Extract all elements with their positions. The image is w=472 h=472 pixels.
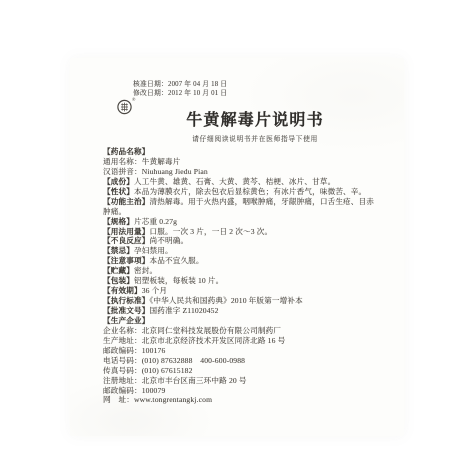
section-label: 【批准文号】 xyxy=(103,306,149,315)
section-label: 【有效期】 xyxy=(103,286,142,295)
body-line: 【性状】本品为薄膜衣片，除去包衣后显棕黄色；有冰片香气，味微苦、辛。 xyxy=(103,187,383,197)
body-line: 【药品名称】 xyxy=(103,147,383,157)
title-block: 牛黄解毒片说明书 请仔细阅读说明书并在医师指导下使用 xyxy=(103,111,407,143)
body-line: 生产地址：北京市北京经济技术开发区同济北路 16 号 xyxy=(103,336,383,346)
section-text: 国药准字 Z11020452 xyxy=(149,306,218,315)
section-label: 【规格】 xyxy=(103,217,134,226)
body-line: 【不良反应】尚不明确。 xyxy=(103,236,383,246)
section-text: 邮政编码：100079 xyxy=(103,386,165,395)
section-text: 铝塑板装，每板装 10 片。 xyxy=(134,276,223,285)
photo-stage: 核准日期：2007 年 04 月 18 日 修改日期：2012 年 10 月 0… xyxy=(0,0,472,472)
section-text: 本品为薄膜衣片，除去包衣后显棕黄色；有冰片香气，味微苦、辛。 xyxy=(134,187,366,196)
body-line: 【生产企业】 xyxy=(103,316,383,326)
date-block: 核准日期：2007 年 04 月 18 日 修改日期：2012 年 10 月 0… xyxy=(133,80,227,98)
section-text: 密封。 xyxy=(134,266,157,275)
body-line: 肿痛。 xyxy=(103,207,383,217)
section-label: 【生产企业】 xyxy=(103,316,149,325)
body-line: 【规格】片芯重 0.27g xyxy=(103,217,383,227)
body-line: 传真号码：(010) 67615182 xyxy=(103,366,383,376)
body-line: 【执行标准】《中华人民共和国药典》2010 年版第一增补本 xyxy=(103,296,383,306)
section-text: 片芯重 0.27g xyxy=(134,217,177,226)
body-line: 【有效期】36 个月 xyxy=(103,286,383,296)
leaflet-paper: 核准日期：2007 年 04 月 18 日 修改日期：2012 年 10 月 0… xyxy=(70,58,404,436)
body-line: 【禁忌】孕妇禁用。 xyxy=(103,246,383,256)
section-label: 【包装】 xyxy=(103,276,134,285)
section-label: 【药品名称】 xyxy=(103,147,149,156)
section-label: 【用法用量】 xyxy=(103,227,149,236)
section-text: 邮政编码：100176 xyxy=(103,346,165,355)
body-line: 【批准文号】国药准字 Z11020452 xyxy=(103,306,383,316)
section-text: 肿痛。 xyxy=(103,207,126,216)
body-line: 网 址：www.tongrentangkj.com xyxy=(103,395,383,405)
section-text: 网 址：www.tongrentangkj.com xyxy=(103,395,212,404)
section-text: 口服。一次 3 片，一日 2 次～3 次。 xyxy=(149,227,272,236)
section-text: 注册地址：北京市丰台区南三环中路 20 号 xyxy=(103,376,247,385)
section-text: 通用名称：牛黄解毒片 xyxy=(103,157,180,166)
revision-date: 修改日期：2012 年 10 月 01 日 xyxy=(133,89,227,98)
section-label: 【禁忌】 xyxy=(103,246,134,255)
body-line: 邮政编码：100176 xyxy=(103,346,383,356)
section-text: 汉语拼音：Niuhuang Jiedu Pian xyxy=(103,167,208,176)
body-line: 企业名称：北京同仁堂科技发展股份有限公司制药厂 xyxy=(103,326,383,336)
section-label: 【成份】 xyxy=(103,177,134,186)
section-text: 本品不宜久服。 xyxy=(149,256,203,265)
registered-trademark-mark: ® xyxy=(132,97,135,102)
section-text: 清热解毒。用于火热内盛，咽喉肿痛，牙龈肿痛，口舌生疮、目赤 xyxy=(149,197,374,206)
section-label: 【不良反应】 xyxy=(103,236,149,245)
section-text: 生产地址：北京市北京经济技术开发区同济北路 16 号 xyxy=(103,336,285,345)
section-text: 孕妇禁用。 xyxy=(134,246,173,255)
body-line: 通用名称：牛黄解毒片 xyxy=(103,157,383,167)
section-label: 【执行标准】 xyxy=(103,296,149,305)
body-line: 【成份】人工牛黄、雄黄、石膏、大黄、黄芩、桔梗、冰片、甘草。 xyxy=(103,177,383,187)
body-line: 【贮藏】密封。 xyxy=(103,266,383,276)
body-line: 【包装】铝塑板装，每板装 10 片。 xyxy=(103,276,383,286)
body-line: 电话号码：(010) 87632888 400-600-0988 xyxy=(103,356,383,366)
document-subtitle: 请仔细阅读说明书并在医师指导下使用 xyxy=(103,133,407,143)
document-title: 牛黄解毒片说明书 xyxy=(103,111,407,131)
section-text: 企业名称：北京同仁堂科技发展股份有限公司制药厂 xyxy=(103,326,281,335)
section-label: 【注意事项】 xyxy=(103,256,149,265)
body-line: 【功能主治】清热解毒。用于火热内盛，咽喉肿痛，牙龈肿痛，口舌生疮、目赤 xyxy=(103,197,383,207)
section-label: 【贮藏】 xyxy=(103,266,134,275)
approval-date: 核准日期：2007 年 04 月 18 日 xyxy=(133,80,227,89)
body-line: 汉语拼音：Niuhuang Jiedu Pian xyxy=(103,167,383,177)
body-line: 注册地址：北京市丰台区南三环中路 20 号 xyxy=(103,376,383,386)
section-label: 【功能主治】 xyxy=(103,197,149,206)
section-text: 人工牛黄、雄黄、石膏、大黄、黄芩、桔梗、冰片、甘草。 xyxy=(134,177,335,186)
section-text: 《中华人民共和国药典》2010 年版第一增补本 xyxy=(149,296,302,305)
section-label: 【性状】 xyxy=(103,187,134,196)
section-text: 36 个月 xyxy=(142,286,167,295)
section-text: 电话号码：(010) 87632888 400-600-0988 xyxy=(103,356,245,365)
body-line: 邮政编码：100079 xyxy=(103,386,383,396)
section-text: 尚不明确。 xyxy=(149,236,188,245)
section-text: 传真号码：(010) 67615182 xyxy=(103,366,193,375)
body-line: 【注意事项】本品不宜久服。 xyxy=(103,256,383,266)
leaflet-body: 【药品名称】 通用名称：牛黄解毒片 汉语拼音：Niuhuang Jiedu Pi… xyxy=(103,147,383,405)
body-line: 【用法用量】口服。一次 3 片，一日 2 次～3 次。 xyxy=(103,227,383,237)
